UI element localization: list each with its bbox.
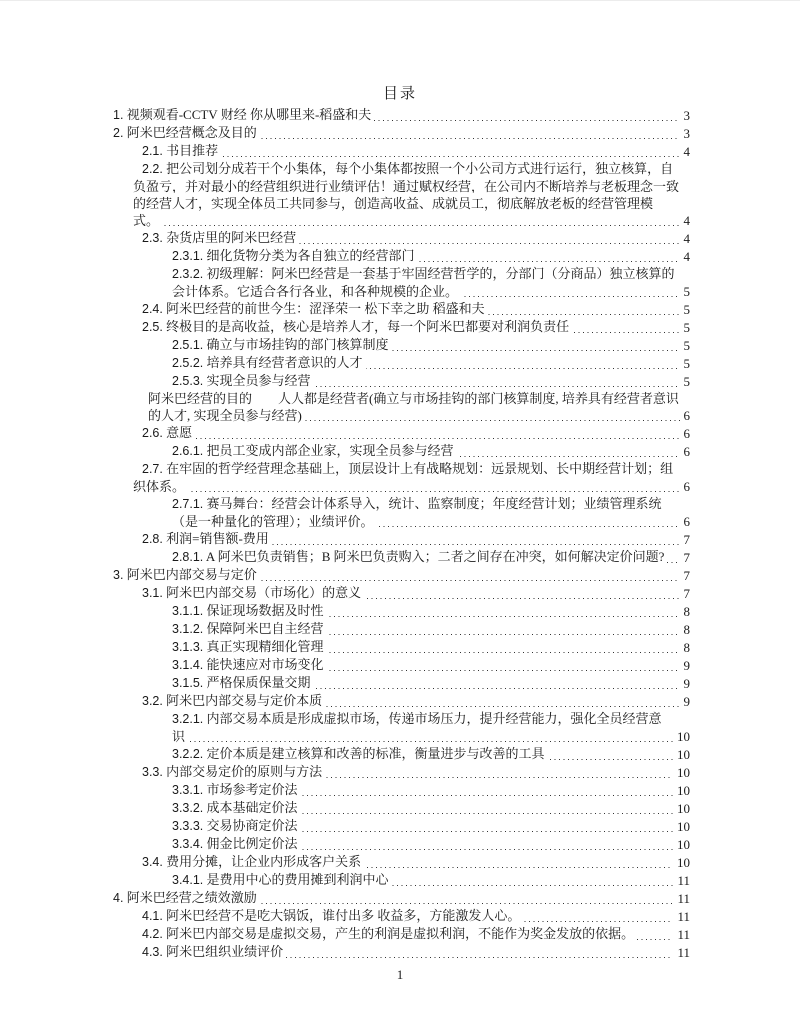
toc-entry-number: 2.1. (142, 144, 163, 158)
toc-entry-page: 10 (673, 800, 690, 817)
toc-entry-number: 3.1.3. (172, 640, 203, 654)
toc-entry-number: 2.4. (142, 302, 163, 316)
toc-entry-page: 10 (673, 746, 690, 763)
toc-entry-page: 6 (680, 478, 691, 495)
toc-entry-page: 4 (680, 143, 691, 160)
toc-entry-title: 3.2.1. 内部交易本质是形成虚拟市场，传递市场压力，提升经营能力，强化全员经… (172, 708, 662, 747)
toc-entry-number: 3.1.2. (172, 622, 203, 636)
toc-entry-title: 2.7.1. 赛马舞台：经营会计体系导入，统计、监察制度；年度经营计划；业绩管理… (172, 493, 662, 532)
toc-entry-page: 10 (673, 854, 690, 871)
toc-entry-number: 3.1.4. (172, 658, 203, 672)
toc-entry-page: 11 (673, 926, 690, 943)
toc-entry-number: 3.3.3. (172, 819, 203, 833)
toc-entry[interactable]: 2.2. 把公司划分成若干个小集体，每个小集体都按照一个小公司方式进行运行，独立… (113, 160, 690, 229)
toc-entry[interactable]: 3.2.1. 内部交易本质是形成虚拟市场，传递市场压力，提升经营能力，强化全员经… (113, 710, 690, 745)
toc-entry-title: 4.3. 阿米巴组织业绩评价 (133, 941, 286, 962)
toc-entry-number: 2.5.1. (172, 338, 203, 352)
toc-entry-number: 3.3.2. (172, 801, 203, 815)
toc-entry-page: 6 (680, 443, 691, 460)
toc-entry-page: 6 (680, 407, 691, 424)
toc-entry-page: 6 (680, 513, 691, 530)
toc-entry-number: 2.8.1. (172, 550, 203, 564)
toc-entry-number: 3.2.1. (172, 712, 203, 726)
toc-entry-page: 5 (680, 337, 691, 354)
toc-entry-page: 11 (673, 908, 690, 925)
toc-entry-page: 4 (680, 248, 691, 265)
toc-entry-page: 4 (680, 212, 691, 229)
toc-entry-page: 9 (680, 675, 691, 692)
toc-entry-number: 3.2.2. (172, 747, 203, 761)
toc-entry-leader: 2.7. 在牢固的哲学经营理念基础上，顶层设计上有战略规划：远景规划、长中期经营… (133, 460, 680, 495)
toc-entry-page: 3 (680, 125, 691, 142)
toc-entry-number: 2.6.1. (172, 444, 203, 458)
toc-entry-page: 7 (680, 567, 691, 584)
toc-entry-page: 9 (680, 693, 691, 710)
toc-entry-number: 2.8. (142, 532, 163, 546)
toc-entry-page: 5 (680, 283, 691, 300)
toc-entry-leader: 2.3.2. 初级理解：阿米巴经营是一套基于牢固经营哲学的，分部门（分商品）独立… (172, 265, 680, 300)
toc-entry-page: 3 (680, 107, 691, 124)
toc-entry-page: 5 (680, 301, 691, 318)
toc-entry[interactable]: 2.7.1. 赛马舞台：经营会计体系导入，统计、监察制度；年度经营计划；业绩管理… (113, 495, 690, 530)
toc-entry-number: 2.3.2. (172, 267, 203, 281)
toc-entry-number: 3.3. (142, 765, 163, 779)
toc-entry-number: 2. (113, 126, 123, 140)
toc-entry-number: 2.5. (142, 320, 163, 334)
toc-entry[interactable]: 2.7. 在牢固的哲学经营理念基础上，顶层设计上有战略规划：远景规划、长中期经营… (113, 460, 690, 495)
toc-entry-title: 阿米巴经营的目的 人人都是经营者(确立与市场挂钩的部门核算制度, 培养具有经营者… (148, 388, 679, 426)
toc-entry-number: 3.3.4. (172, 837, 203, 851)
toc-entry-number: 2.7.1. (172, 497, 203, 511)
toc-entry-title: 2.2. 把公司划分成若干个小集体，每个小集体都按照一个小公司方式进行运行，独立… (133, 158, 679, 231)
toc-entry-number: 3.2. (142, 694, 163, 708)
toc-entry-page: 10 (673, 818, 690, 835)
toc-entry-page: 10 (673, 728, 690, 745)
toc-entry-page: 9 (680, 657, 691, 674)
toc-entry-page: 10 (673, 764, 690, 781)
toc-entry[interactable]: 2.3.2. 初级理解：阿米巴经营是一套基于牢固经营哲学的，分部门（分商品）独立… (113, 265, 690, 300)
toc-entry-leader: 2.2. 把公司划分成若干个小集体，每个小集体都按照一个小公司方式进行运行，独立… (133, 160, 680, 229)
toc-entry-page: 5 (680, 319, 691, 336)
toc-entry-page: 7 (680, 531, 691, 548)
toc-entry-page: 10 (673, 836, 690, 853)
toc-list: 1. 视频观看-CCTV 财经 你从哪里来-稻盛和夫32. 阿米巴经营概念及目的… (113, 106, 690, 961)
toc-entry-number: 3. (113, 568, 123, 582)
toc-entry-page: 6 (680, 425, 691, 442)
toc-entry-leader: 4.3. 阿米巴组织业绩评价 (133, 943, 673, 961)
toc-entry-number: 1. (113, 108, 123, 122)
toc-entry-page: 11 (673, 944, 690, 961)
toc-entry-number: 4.2. (142, 927, 163, 941)
toc-entry-page: 8 (680, 603, 691, 620)
toc-entry-page: 11 (673, 890, 690, 907)
toc-entry-number: 2.5.2. (172, 356, 203, 370)
toc-entry-number: 2.7. (142, 462, 163, 476)
toc-entry-page: 8 (680, 621, 691, 638)
toc-entry-page: 4 (680, 230, 691, 247)
toc-entry-number: 4.3. (142, 945, 163, 959)
toc-entry-page: 7 (680, 549, 691, 566)
toc-entry-leader: 3.2.1. 内部交易本质是形成虚拟市场，传递市场压力，提升经营能力，强化全员经… (172, 710, 673, 745)
toc-entry-page: 5 (680, 373, 691, 390)
toc-entry-number: 2.3.1. (172, 249, 203, 263)
toc-entry-number: 2.2. (142, 162, 163, 176)
toc-title: 目录 (0, 84, 800, 104)
toc-entry-leader: 阿米巴经营的目的 人人都是经营者(确立与市场挂钩的部门核算制度, 培养具有经营者… (148, 390, 680, 424)
document-page: 目录 1. 视频观看-CCTV 财经 你从哪里来-稻盛和夫32. 阿米巴经营概念… (0, 0, 800, 1036)
toc-entry-number: 2.6. (142, 426, 163, 440)
toc-entry-page: 10 (673, 782, 690, 799)
toc-entry-number: 3.1. (142, 586, 163, 600)
toc-entry-leader: 2.7.1. 赛马舞台：经营会计体系导入，统计、监察制度；年度经营计划；业绩管理… (172, 495, 680, 530)
toc-entry-number: 2.3. (142, 231, 163, 245)
toc-entry-number: 3.1.1. (172, 604, 203, 618)
toc-entry-number: 3.4.1. (172, 873, 203, 887)
toc-entry-number: 3.4. (142, 855, 163, 869)
page-number: 1 (0, 967, 800, 983)
toc-entry-number: 4. (113, 891, 123, 905)
toc-entry-page: 5 (680, 355, 691, 372)
toc-entry-title: 2.7. 在牢固的哲学经营理念基础上，顶层设计上有战略规划：远景规划、长中期经营… (133, 458, 673, 497)
toc-entry-title: 2.3.2. 初级理解：阿米巴经营是一套基于牢固经营哲学的，分部门（分商品）独立… (172, 263, 675, 302)
toc-entry[interactable]: 阿米巴经营的目的 人人都是经营者(确立与市场挂钩的部门核算制度, 培养具有经营者… (113, 390, 690, 424)
toc-entry[interactable]: 4.3. 阿米巴组织业绩评价11 (113, 943, 690, 961)
toc-entry-page: 7 (680, 585, 691, 602)
toc-entry-number: 3.1.5. (172, 676, 203, 690)
toc-entry-page: 11 (673, 872, 690, 889)
toc-entry-number: 3.3.1. (172, 783, 203, 797)
toc-entry-number: 2.5.3. (172, 374, 203, 388)
toc-entry-page: 8 (680, 639, 691, 656)
toc-entry-number: 4.1. (142, 909, 163, 923)
